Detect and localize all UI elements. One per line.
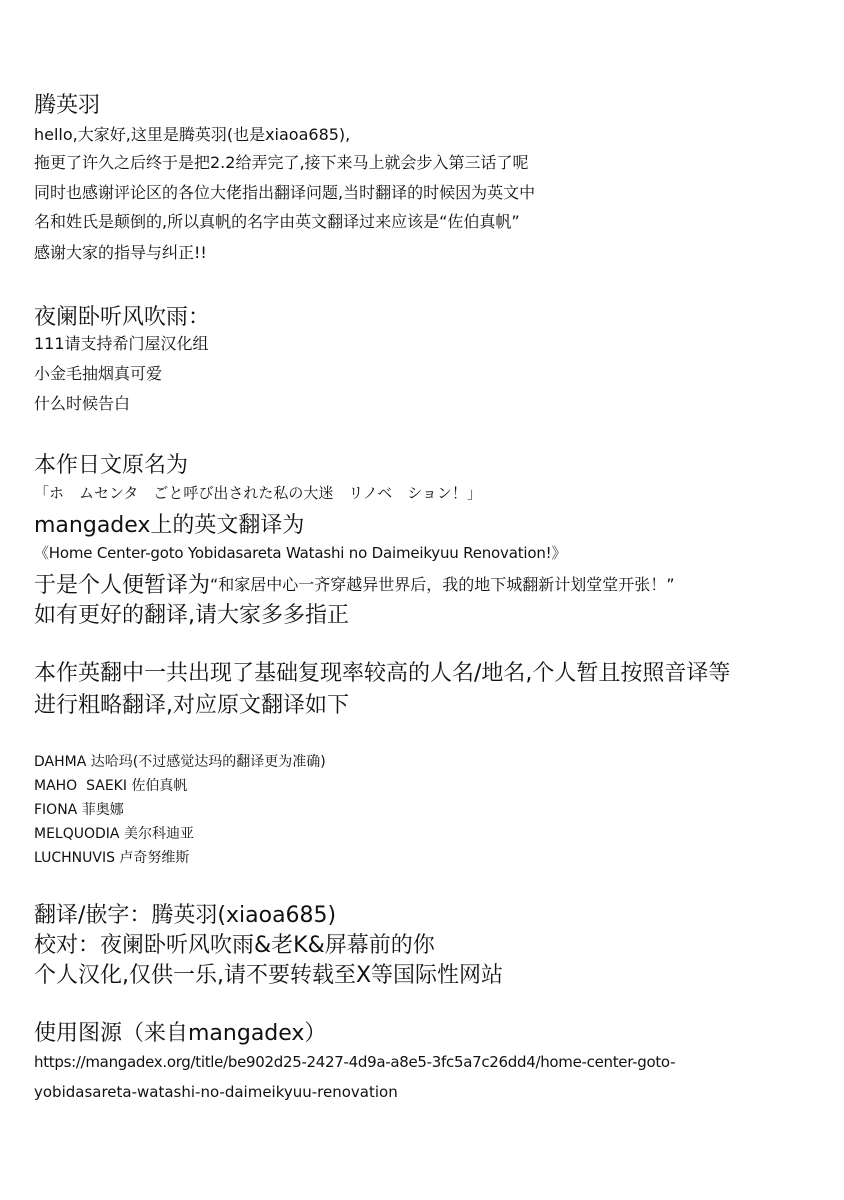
name-original: FIONA	[34, 802, 77, 818]
name-original: MAHO SAEKI	[34, 778, 127, 794]
cn-title-note: 如有更好的翻译,请大家多多指正	[34, 605, 349, 627]
name-entry: LUCHNUVIS 卢奇努维斯	[34, 851, 189, 865]
names-intro-line: 本作英翻中一共出现了基础复现率较高的人名/地名,个人暂且按照音译等	[34, 663, 730, 685]
author-note-line: 名和姓氏是颠倒的,所以真帆的名字由英文翻译过来应该是“佐伯真帆”	[34, 214, 520, 230]
author-note-line: 同时也感谢评论区的各位大佬指出翻译问题,当时翻译的时候因为英文中	[34, 185, 535, 201]
proofreader-heading: 夜阑卧听风吹雨：	[34, 307, 210, 329]
name-translation: 达哈玛(不过感觉达玛的翻译更为准确)	[91, 754, 326, 770]
name-translation: 菲奥娜	[82, 802, 124, 818]
source-heading: 使用图源（来自mangadex）	[34, 1023, 326, 1045]
name-translation: 佐伯真帆	[131, 778, 187, 794]
source-url-line: https://mangadex.org/title/be902d25-2427…	[34, 1055, 675, 1070]
en-title-heading: mangadex上的英文翻译为	[34, 515, 304, 537]
credit-disclaimer: 个人汉化,仅供一乐,请不要转载至X等国际性网站	[34, 965, 503, 987]
proofreader-note-line: 111请支持希门屋汉化组	[34, 336, 209, 352]
name-entry: FIONA 菲奥娜	[34, 803, 124, 817]
author-heading: 腾英羽	[34, 95, 100, 117]
jp-title: 「ホ ムセンタ ごと呼び出された私の大迷 リノベ ション！」	[34, 486, 482, 501]
cn-title: “和家居中心一齐穿越异世界后，我的地下城翻新计划堂堂开张！”	[210, 575, 675, 594]
cn-title-heading: 于是个人便暂译为	[34, 573, 210, 598]
name-original: LUCHNUVIS	[34, 850, 115, 866]
name-entry: DAHMA 达哈玛(不过感觉达玛的翻译更为准确)	[34, 755, 326, 769]
author-note-line: hello,大家好,这里是腾英羽(也是xiaoa685),	[34, 127, 350, 143]
name-entry: MELQUODIA 美尔科迪亚	[34, 827, 194, 841]
name-original: DAHMA	[34, 754, 86, 770]
jp-title-heading: 本作日文原名为	[34, 455, 188, 477]
author-note-line: 拖更了许久之后终于是把2.2给弄完了,接下来马上就会步入第三话了呢	[34, 155, 529, 171]
name-translation: 卢奇努维斯	[119, 850, 189, 866]
proofreader-note-line: 小金毛抽烟真可爱	[34, 366, 162, 382]
proofreader-note-line: 什么时候告白	[34, 396, 130, 412]
names-intro-line: 进行粗略翻译,对应原文翻译如下	[34, 695, 349, 717]
source-url-line: yobidasareta-watashi-no-daimeikyuu-renov…	[34, 1085, 398, 1100]
cn-title-line: 于是个人便暂译为“和家居中心一齐穿越异世界后，我的地下城翻新计划堂堂开张！”	[34, 575, 675, 597]
credit-translator: 翻译/嵌字：腾英羽(xiaoa685)	[34, 905, 336, 927]
name-entry: MAHO SAEKI 佐伯真帆	[34, 779, 187, 793]
name-original: MELQUODIA	[34, 826, 120, 842]
credit-proofreader: 校对：夜阑卧听风吹雨&老K&屏幕前的你	[34, 935, 435, 957]
en-title: 《Home Center-goto Yobidasareta Watashi n…	[34, 546, 566, 561]
author-note-line: 感谢大家的指导与纠正!!	[34, 245, 207, 261]
name-translation: 美尔科迪亚	[124, 826, 194, 842]
